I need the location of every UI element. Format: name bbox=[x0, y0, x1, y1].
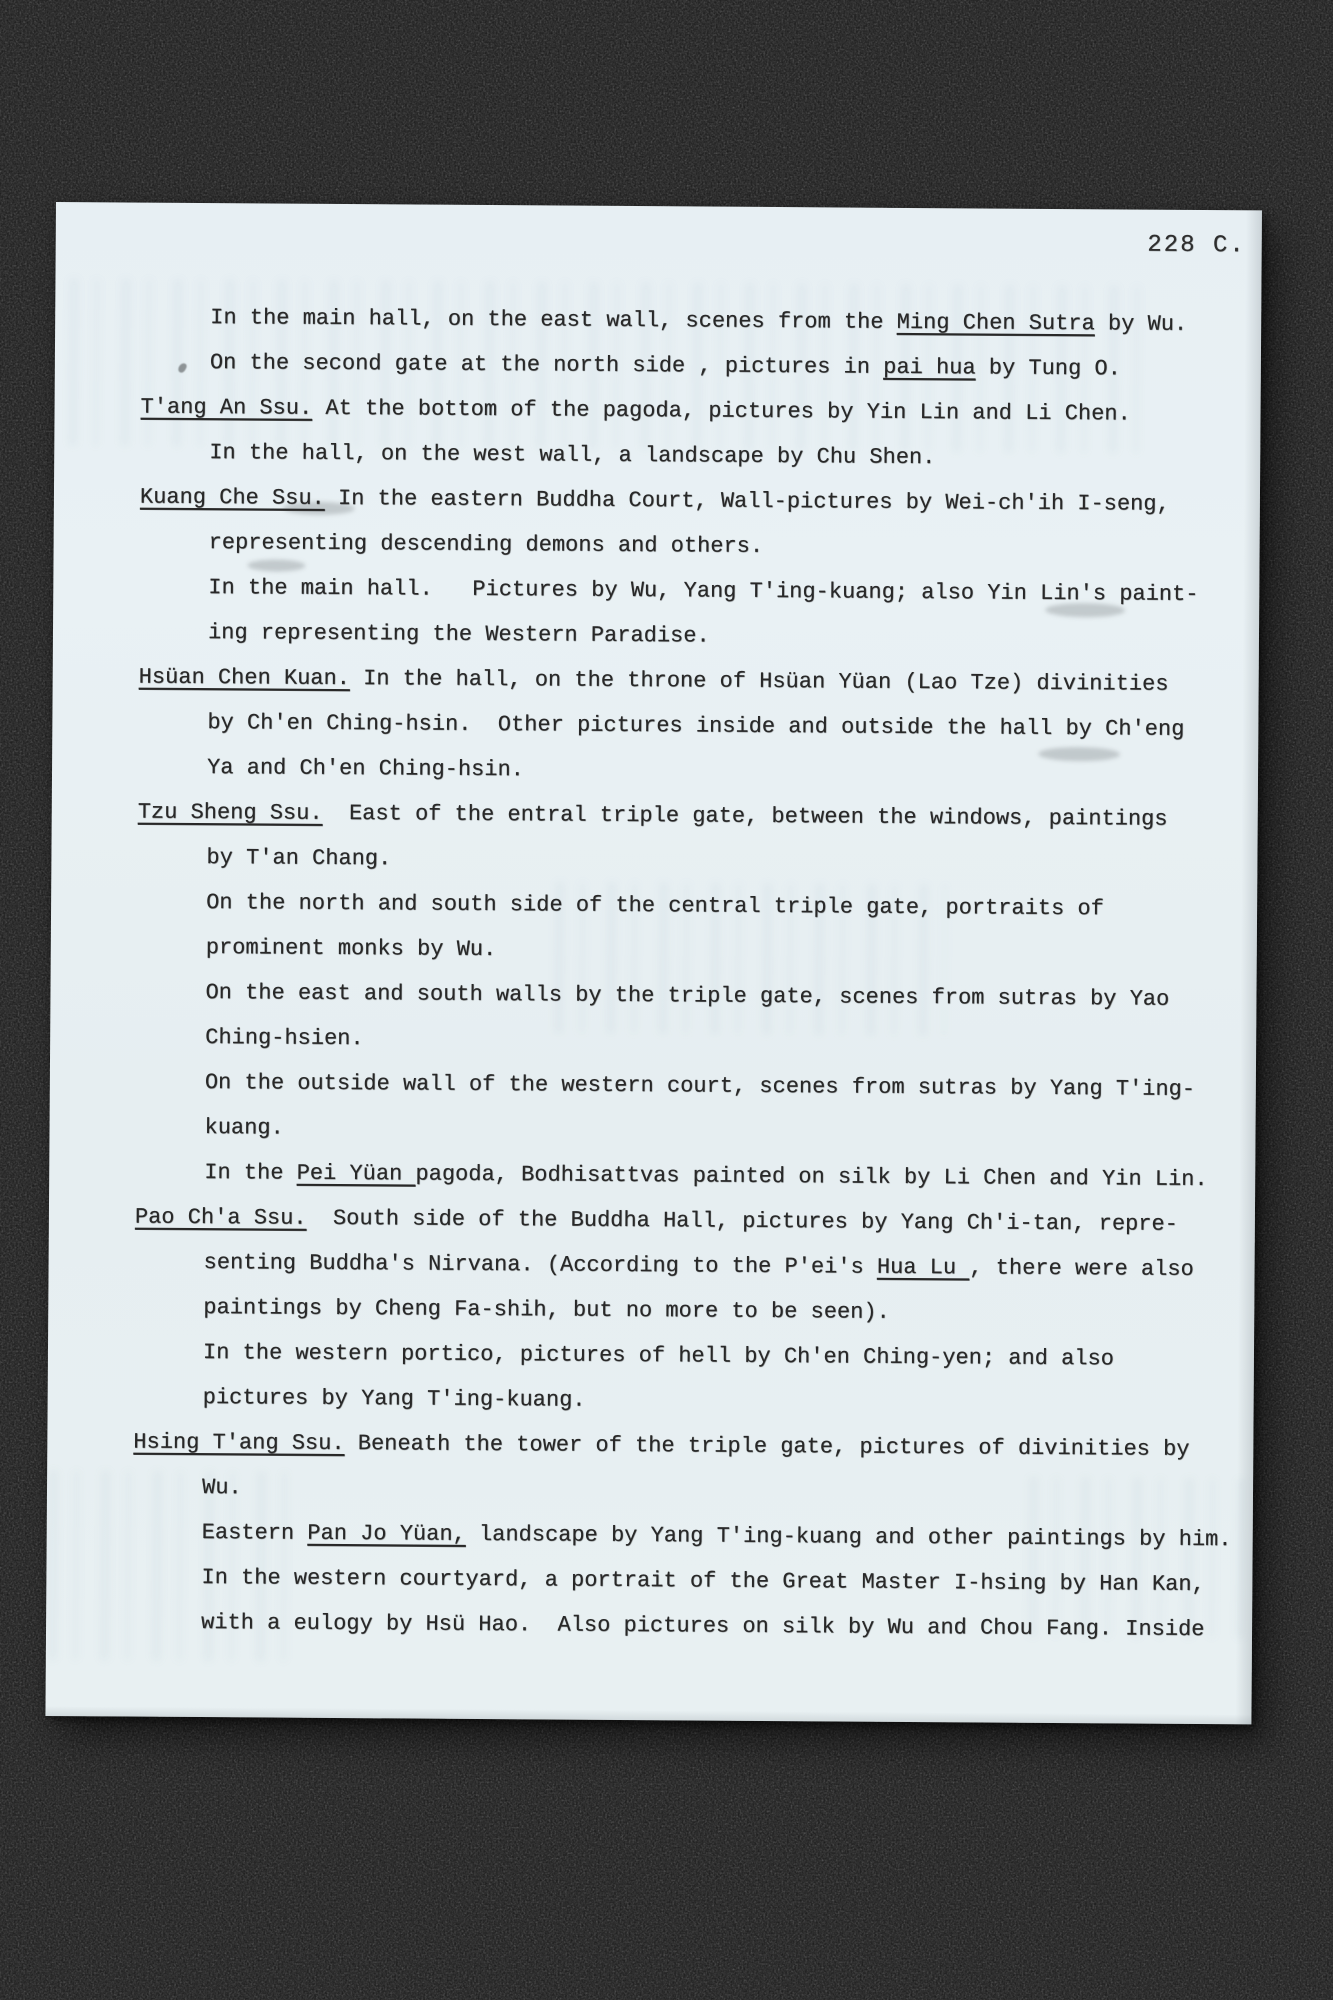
text-run: paintings by Cheng Fa-shih, but no more … bbox=[203, 1295, 890, 1325]
text-run: In the western courtyard, a portrait of … bbox=[201, 1565, 1205, 1597]
text-run: In the western portico, pictures of hell… bbox=[203, 1340, 1114, 1371]
text-run: Wu. bbox=[202, 1475, 242, 1500]
text-run: representing descending demons and other… bbox=[209, 530, 764, 559]
text-line: by T'an Chang. bbox=[137, 835, 1251, 888]
text-run: senting Buddha's Nirvana. (According to … bbox=[204, 1250, 877, 1280]
typewritten-text-block: In the main hall, on the east wall, scen… bbox=[132, 295, 1255, 1653]
underlined-text: Hua Lu bbox=[877, 1255, 970, 1281]
text-line: In the Pei Yüan pagoda, Bodhisattvas pai… bbox=[135, 1150, 1249, 1203]
text-line: representing descending demons and other… bbox=[139, 520, 1253, 573]
text-run: On the outside wall of the western court… bbox=[205, 1070, 1195, 1102]
text-run: Ching-hsien. bbox=[205, 1025, 364, 1051]
text-run: South side of the Buddha Hall, pictures … bbox=[306, 1206, 1177, 1237]
text-line: Kuang Che Ssu. In the eastern Buddha Cou… bbox=[140, 475, 1254, 528]
text-line: pictures by Yang T'ing-kuang. bbox=[134, 1375, 1248, 1428]
text-line: In the western portico, pictures of hell… bbox=[134, 1330, 1248, 1383]
text-line: On the east and south walls by the tripl… bbox=[136, 970, 1250, 1023]
text-run: In the main hall. Pictures by Wu, Yang T… bbox=[208, 575, 1198, 607]
text-line: In the western courtyard, a portrait of … bbox=[132, 1555, 1246, 1608]
text-run: Eastern bbox=[202, 1520, 308, 1546]
text-line: Eastern Pan Jo Yüan, landscape by Yang T… bbox=[133, 1510, 1247, 1563]
underlined-text: pai hua bbox=[883, 355, 976, 381]
text-line: Ching-hsien. bbox=[136, 1015, 1250, 1068]
text-run: by T'an Chang. bbox=[206, 845, 391, 871]
underlined-text: Pan Jo Yüan, bbox=[307, 1521, 466, 1547]
text-line: T'ang An Ssu. At the bottom of the pagod… bbox=[140, 385, 1254, 438]
text-line: In the hall, on the west wall, a landsca… bbox=[140, 430, 1254, 483]
text-run: On the north and south side of the centr… bbox=[206, 890, 1104, 921]
underlined-text: Kuang Che Ssu. bbox=[140, 485, 325, 511]
text-run: In the hall, on the throne of Hsüan Yüan… bbox=[350, 666, 1169, 697]
text-line: ing representing the Western Paradise. bbox=[139, 610, 1253, 663]
text-line: In the main hall, on the east wall, scen… bbox=[141, 295, 1255, 348]
text-line: Hsing T'ang Ssu. Beneath the tower of th… bbox=[133, 1420, 1247, 1473]
text-run: landscape by Yang T'ing-kuang and other … bbox=[466, 1522, 1232, 1552]
underlined-text: T'ang An Ssu. bbox=[140, 395, 312, 421]
text-line: prominent monks by Wu. bbox=[137, 925, 1251, 978]
text-run: In the bbox=[204, 1160, 297, 1186]
text-line: On the second gate at the north side , p… bbox=[141, 340, 1255, 393]
text-run: by Ch'en Ching-hsin. Other pictures insi… bbox=[207, 710, 1184, 742]
text-run: In the main hall, on the east wall, scen… bbox=[210, 305, 897, 335]
text-run: prominent monks by Wu. bbox=[206, 935, 497, 962]
text-run: Ya and Ch'en Ching-hsin. bbox=[207, 755, 524, 782]
underlined-text: Hsüan Chen Kuan. bbox=[139, 665, 350, 691]
text-line: Hsüan Chen Kuan. In the hall, on the thr… bbox=[139, 655, 1253, 708]
page-number: 228 C. bbox=[1147, 232, 1246, 260]
text-run: kuang. bbox=[204, 1115, 283, 1141]
text-run: In the eastern Buddha Court, Wall-pictur… bbox=[325, 486, 1170, 517]
text-line: with a eulogy by Hsü Hao. Also pictures … bbox=[132, 1600, 1246, 1653]
text-line: by Ch'en Ching-hsin. Other pictures insi… bbox=[138, 700, 1252, 753]
text-run: At the bottom of the pagoda, pictures by… bbox=[312, 396, 1131, 427]
text-line: Ya and Ch'en Ching-hsin. bbox=[138, 745, 1252, 798]
underlined-text: Ming Chen Sutra bbox=[897, 310, 1095, 336]
text-run: On the east and south walls by the tripl… bbox=[205, 980, 1169, 1012]
text-run: ing representing the Western Paradise. bbox=[208, 620, 710, 649]
underlined-text: Pei Yüan bbox=[297, 1161, 416, 1187]
text-run: Beneath the tower of the triple gate, pi… bbox=[344, 1431, 1189, 1462]
underlined-text: Pao Ch'a Ssu. bbox=[135, 1205, 307, 1231]
scan-background: 228 C. In the main hall, on the east wal… bbox=[0, 0, 1333, 2000]
text-line: On the outside wall of the western court… bbox=[136, 1060, 1250, 1113]
text-run: pagoda, Bodhisattvas painted on silk by … bbox=[415, 1162, 1207, 1193]
text-run: On the second gate at the north side , p… bbox=[210, 350, 883, 380]
text-line: In the main hall. Pictures by Wu, Yang T… bbox=[139, 565, 1253, 618]
underlined-text: Hsing T'ang Ssu. bbox=[133, 1430, 344, 1456]
text-run: by Tung O. bbox=[976, 355, 1121, 381]
text-run: In the hall, on the west wall, a landsca… bbox=[209, 440, 935, 470]
underlined-text: Tzu Sheng Ssu. bbox=[138, 800, 323, 826]
text-line: Wu. bbox=[133, 1465, 1247, 1518]
text-line: Pao Ch'a Ssu. South side of the Buddha H… bbox=[135, 1195, 1249, 1248]
text-line: senting Buddha's Nirvana. (According to … bbox=[134, 1240, 1248, 1293]
text-line: On the north and south side of the centr… bbox=[137, 880, 1251, 933]
text-line: Tzu Sheng Ssu. East of the entral triple… bbox=[138, 790, 1252, 843]
text-line: kuang. bbox=[135, 1105, 1249, 1158]
text-run: , there were also bbox=[969, 1255, 1194, 1282]
text-run: with a eulogy by Hsü Hao. Also pictures … bbox=[201, 1610, 1205, 1642]
text-run: pictures by Yang T'ing-kuang. bbox=[203, 1385, 586, 1413]
text-run: by Wu. bbox=[1095, 311, 1188, 337]
text-run: East of the entral triple gate, between … bbox=[322, 801, 1167, 832]
document-page: 228 C. In the main hall, on the east wal… bbox=[45, 202, 1262, 1724]
text-line: paintings by Cheng Fa-shih, but no more … bbox=[134, 1285, 1248, 1338]
